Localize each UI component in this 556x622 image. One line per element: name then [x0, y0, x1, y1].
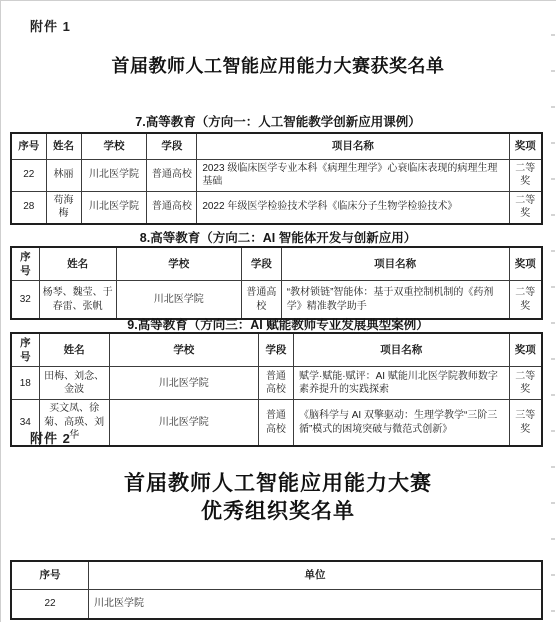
- cell-award: 三等奖: [509, 400, 542, 446]
- table-row: 28 苟海梅 川北医学院 普通高校 2022 年级医学检验技术学科《临床分子生物…: [11, 191, 542, 224]
- cell-award: 二等奖: [509, 159, 542, 191]
- table-row: 22 林丽 川北医学院 普通高校 2023 级临床医学专业本科《病理生理学》心衰…: [11, 159, 542, 191]
- cell-name: 田梅、刘念、金波: [39, 367, 109, 400]
- table-row: 34 买文凤、徐菊、高瑛、刘华 川北医学院 普通高校 《脑科学与 AI 双擎驱动…: [11, 400, 542, 446]
- org-award-title: 首届教师人工智能应用能力大赛 优秀组织奖名单: [0, 470, 556, 526]
- section-7-title: 7.高等教育（方向一：人工智能教学创新应用课例）: [0, 112, 556, 130]
- cell-name: 苟海梅: [46, 191, 81, 224]
- table-header-row: 序号 姓名 学校 学段 项目名称 奖项: [11, 333, 542, 367]
- cell-stage: 普通高校: [258, 367, 293, 400]
- cell-name: 杨琴、魏莹、于春雷、张帆: [39, 281, 116, 319]
- page-edge-tick-marks: [551, 0, 555, 622]
- col-header-award: 奖项: [509, 247, 542, 281]
- cell-seq: 28: [11, 191, 46, 224]
- cell-project: 赋学·赋能·赋评：AI 赋能川北医学院教师数字素养提升的实践探索: [293, 367, 509, 400]
- cell-school: 川北医学院: [116, 281, 241, 319]
- col-header-stage: 学段: [258, 333, 293, 367]
- award-table-direction-2: 序号 姓名 学校 学段 项目名称 奖项 32 杨琴、魏莹、于春雷、张帆 川北医学…: [10, 246, 543, 320]
- col-header-unit: 单位: [89, 561, 542, 589]
- col-header-award: 奖项: [509, 133, 542, 159]
- col-header-name: 姓名: [39, 333, 109, 367]
- col-header-project: 项目名称: [281, 247, 509, 281]
- cell-school: 川北医学院: [109, 367, 258, 400]
- section-9-title: 9.高等教育（方向三：AI 赋能教师专业发展典型案例）: [0, 315, 556, 333]
- col-header-stage: 学段: [147, 133, 197, 159]
- col-header-seq: 序号: [11, 133, 46, 159]
- col-header-seq: 序号: [11, 561, 89, 589]
- table-header-row: 序号 姓名 学校 学段 项目名称 奖项: [11, 133, 542, 159]
- cell-school: 川北医学院: [109, 400, 258, 446]
- cell-seq: 18: [11, 367, 39, 400]
- cell-project: “教材锁链”智能体：基于双重控制机制的《药剂学》精准教学助手: [281, 281, 509, 319]
- col-header-award: 奖项: [509, 333, 542, 367]
- col-header-school: 学校: [109, 333, 258, 367]
- col-header-name: 姓名: [46, 133, 81, 159]
- section-8-title: 8.高等教育（方向二：AI 智能体开发与创新应用）: [0, 228, 556, 246]
- org-award-title-line2: 优秀组织奖名单: [0, 498, 556, 526]
- cell-seq: 32: [11, 281, 39, 319]
- cell-seq: 22: [11, 159, 46, 191]
- cell-stage: 普通高校: [147, 191, 197, 224]
- col-header-stage: 学段: [241, 247, 281, 281]
- cell-unit: 川北医学院: [89, 589, 542, 619]
- cell-school: 川北医学院: [81, 159, 147, 191]
- col-header-project: 项目名称: [197, 133, 509, 159]
- cell-award: 二等奖: [509, 191, 542, 224]
- table-row: 18 田梅、刘念、金波 川北医学院 普通高校 赋学·赋能·赋评：AI 赋能川北医…: [11, 367, 542, 400]
- award-table-direction-3: 序号 姓名 学校 学段 项目名称 奖项 18 田梅、刘念、金波 川北医学院 普通…: [10, 332, 543, 447]
- table-row: 32 杨琴、魏莹、于春雷、张帆 川北医学院 普通高校 “教材锁链”智能体：基于双…: [11, 281, 542, 319]
- cell-award: 二等奖: [509, 367, 542, 400]
- cell-stage: 普通高校: [147, 159, 197, 191]
- cell-project: 2022 年级医学检验技术学科《临床分子生物学检验技术》: [197, 191, 509, 224]
- attachment-1-label: 附件 1: [30, 16, 71, 35]
- cell-award: 二等奖: [509, 281, 542, 319]
- cell-stage: 普通高校: [258, 400, 293, 446]
- cell-project: 2023 级临床医学专业本科《病理生理学》心衰临床表现的病理生理基础: [197, 159, 509, 191]
- award-list-title: 首届教师人工智能应用能力大赛获奖名单: [0, 52, 556, 78]
- table-row: 22 川北医学院: [11, 589, 542, 619]
- cell-project: 《脑科学与 AI 双擎驱动：生理学教学“三阶三循”模式的困境突破与微范式创新》: [293, 400, 509, 446]
- cell-school: 川北医学院: [81, 191, 147, 224]
- org-award-table: 序号 单位 22 川北医学院: [10, 560, 543, 620]
- table-header-row: 序号 姓名 学校 学段 项目名称 奖项: [11, 247, 542, 281]
- col-header-name: 姓名: [39, 247, 116, 281]
- attachment-2-label: 附件 2: [30, 428, 71, 447]
- col-header-school: 学校: [81, 133, 147, 159]
- table-header-row: 序号 单位: [11, 561, 542, 589]
- cell-stage: 普通高校: [241, 281, 281, 319]
- award-table-direction-1: 序号 姓名 学校 学段 项目名称 奖项 22 林丽 川北医学院 普通高校 202…: [10, 132, 543, 225]
- col-header-project: 项目名称: [293, 333, 509, 367]
- col-header-seq: 序号: [11, 333, 39, 367]
- cell-name: 林丽: [46, 159, 81, 191]
- col-header-seq: 序号: [11, 247, 39, 281]
- col-header-school: 学校: [116, 247, 241, 281]
- org-award-title-line1: 首届教师人工智能应用能力大赛: [0, 470, 556, 498]
- cell-seq: 22: [11, 589, 89, 619]
